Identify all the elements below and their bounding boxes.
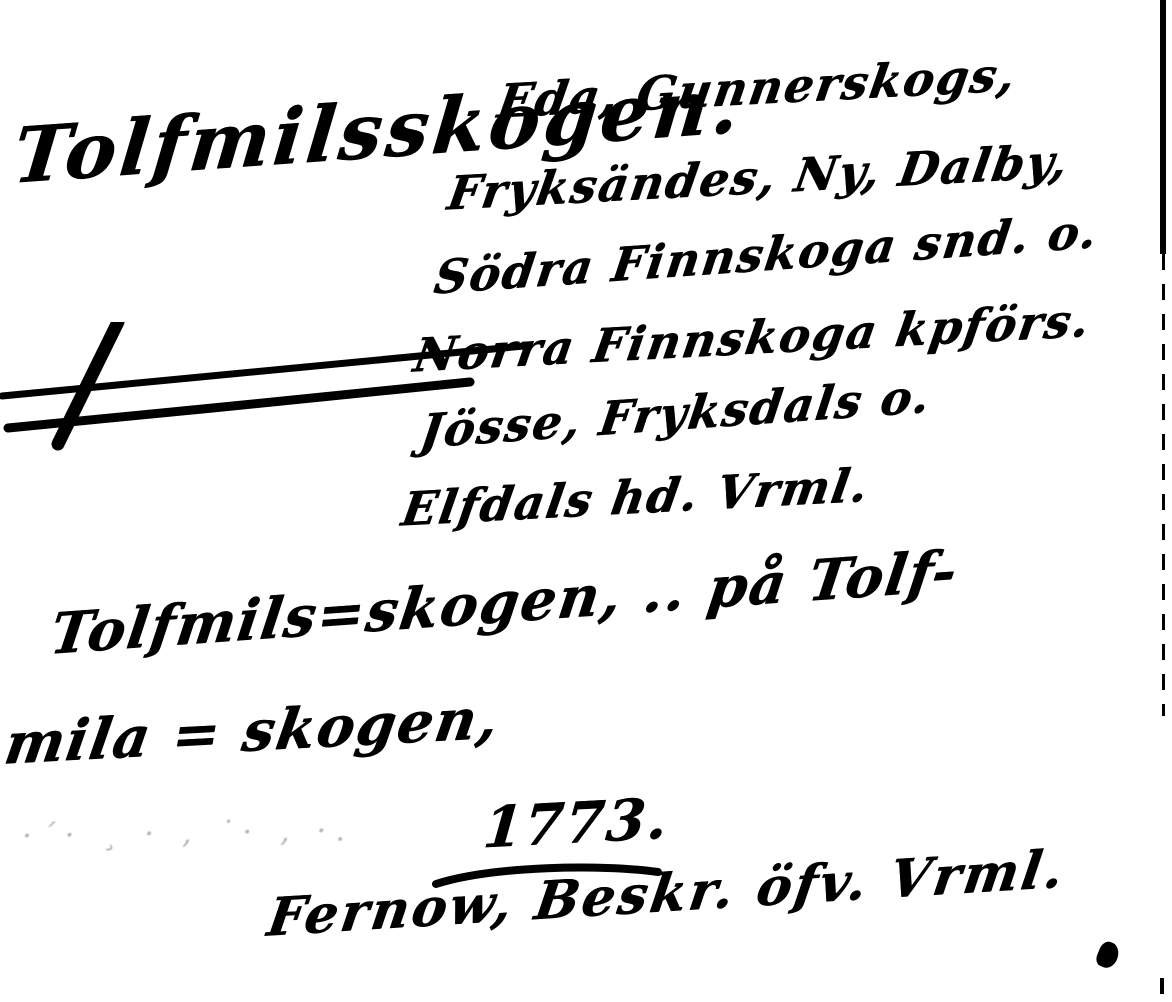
ink-blot [1094,939,1122,971]
scan-edge-tick [1160,978,1164,994]
year: 1773. [481,790,671,856]
quote-line-2: mila = skogen, [1,690,504,772]
parish-line: Eda, Gunnerskogs, [495,51,1020,125]
source-citation: Fernow, Beskr. öfv. Vrml. [264,843,1069,944]
parish-line: Elfdals hd. Vrml. [399,462,873,533]
handwritten-archive-card: Tolfmilsskogen. Eda, Gunnerskogs, Fryksä… [0,0,1172,1002]
scan-edge-line-solid [1160,0,1166,254]
faint-pencil-note: ·´· ¸ · ‚ ˙· ‚ ·. [22,816,354,852]
parish-line: Norra Finnskoga kpförs. [411,297,1095,379]
quote-line-1: Tolfmils=skogen, .. på Tolf- [47,543,962,663]
scan-edge-line-dashed [1162,254,1165,716]
parish-line: Södra Finnskoga snd. o. [431,208,1101,301]
